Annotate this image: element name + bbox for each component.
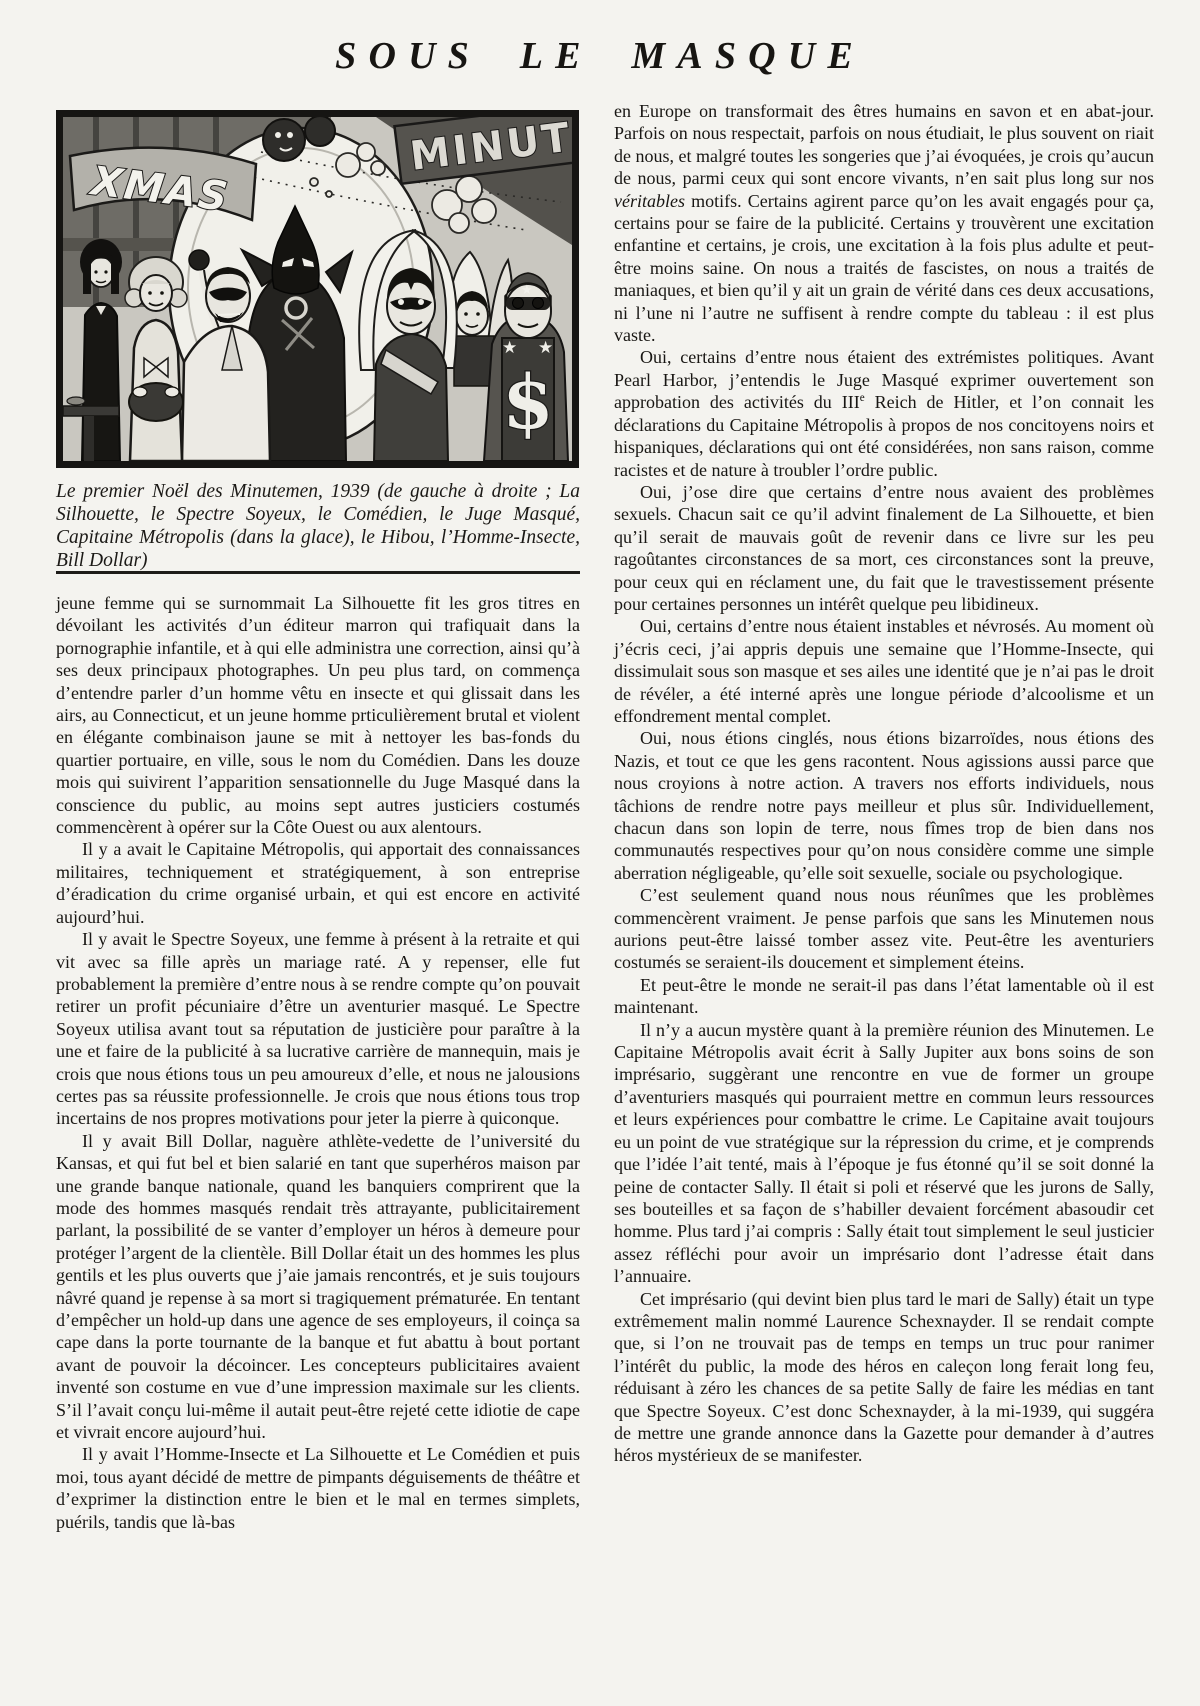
- minutemen-photo: XMAS MINUT: [56, 110, 579, 468]
- paragraph: Il y avait le Spectre Soyeux, une femme …: [56, 928, 580, 1130]
- minutemen-photo-illustration: XMAS MINUT: [56, 110, 579, 468]
- right-shoulder-star-icon: ★: [538, 338, 553, 357]
- right-column: en Europe on transformait des êtres huma…: [614, 100, 1154, 1467]
- paragraph: Oui, nous étions cinglés, nous étions bi…: [614, 727, 1154, 884]
- caption-divider: [56, 571, 580, 574]
- paragraph: Et peut-être le monde ne serait-il pas d…: [614, 974, 1154, 1019]
- paragraph: Il y a avait le Capitaine Métropolis, qu…: [56, 838, 580, 928]
- photo-caption: Le premier Noël des Minutemen, 1939 (de …: [56, 480, 580, 572]
- paragraph: Cet imprésario (qui devint bien plus tar…: [614, 1288, 1154, 1467]
- paragraph: Oui, certains d’entre nous étaient insta…: [614, 615, 1154, 727]
- paragraph: Il y avait l’Homme-Insecte et La Silhoue…: [56, 1443, 580, 1533]
- paragraph: jeune femme qui se surnommait La Silhoue…: [56, 592, 580, 838]
- left-shoulder-star-icon: ★: [502, 338, 517, 357]
- paragraph: C’est seulement quand nous nous réunîmes…: [614, 884, 1154, 974]
- dollar-symbol: $: [502, 360, 554, 446]
- paragraph: Oui, certains d’entre nous étaient des e…: [614, 346, 1154, 480]
- paragraph: Il y avait Bill Dollar, naguère athlète-…: [56, 1130, 580, 1444]
- forehead-star-icon: ★: [521, 282, 533, 297]
- paragraph: en Europe on transformait des êtres huma…: [614, 100, 1154, 346]
- book-page: SOUS LE MASQUE: [0, 0, 1200, 1706]
- figure-spectre-soyeux: [125, 257, 187, 461]
- page-title: SOUS LE MASQUE: [0, 34, 1200, 78]
- paragraph: Oui, j’ose dire que certains d’entre nou…: [614, 481, 1154, 615]
- left-column: jeune femme qui se surnommait La Silhoue…: [56, 592, 580, 1533]
- paragraph: Il n’y a aucun mystère quant à la premiè…: [614, 1019, 1154, 1288]
